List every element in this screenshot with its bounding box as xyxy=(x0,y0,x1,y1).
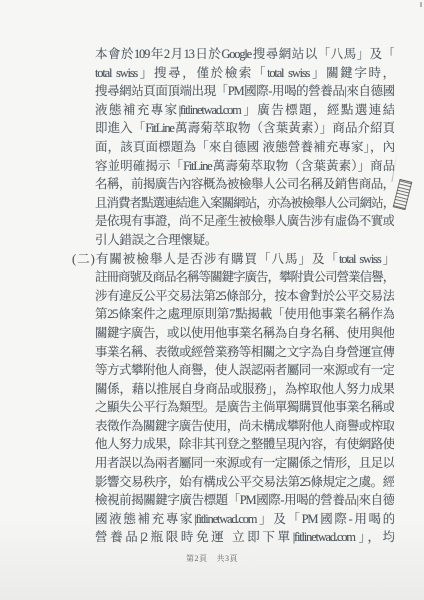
text-line: 事業名稱、表徵或經營業務等相關之文字為自身營運宣傳 xyxy=(95,343,394,362)
text-line: 面，該頁面標題為「來自德國 液態營養補充專家」，內 xyxy=(95,138,394,157)
text-line: 表徵作為關鍵字廣告使用，尚未構成攀附他人商譽或榨取 xyxy=(95,417,394,436)
text-line: 影響交易秩序，始有構成公平交易法第25條規定之虞。經 xyxy=(95,473,394,492)
text-line-section-2: (二)有關被檢舉人是否涉有購買「八馬」及「total swiss」 xyxy=(72,250,394,269)
text-line: 註冊商號及商品名稱等關鍵字廣告，攀附貴公司營業信譽， xyxy=(95,268,394,287)
text-line: 引人錯誤之合理懷疑。 xyxy=(95,231,394,250)
text-line: 之顯失公平行為類型。是廣告主倘單獨購買他事業名稱或 xyxy=(95,398,394,417)
page-number: 第2頁 xyxy=(186,554,208,563)
text-line: 等方式攀附他人商譽，使人誤認兩者屬同一來源或有一定 xyxy=(95,361,394,380)
text-line: total swiss」搜尋，僅於檢索「total swiss」關鍵字時， xyxy=(95,64,394,83)
text-line: 本會於109年2月13日於Google搜尋網站以「八馬」及「 xyxy=(95,45,394,64)
page-total: 共3頁 xyxy=(217,554,239,563)
text-line: 檢視前揭關鍵字廣告標題「PM國際-用喝的營養品|來自德 xyxy=(95,491,394,510)
text-line: 涉有違反公平交易法第25條部分，按本會對於公平交易法 xyxy=(95,287,394,306)
text-line: 用者誤以為兩者屬同一來源或有一定關係之情形，且足以 xyxy=(95,454,394,473)
text-line: 是依現有事證，尚不足產生被檢舉人廣告涉有虛偽不實或 xyxy=(95,212,394,231)
scan-speck xyxy=(391,384,393,388)
text-line: 國液態補充專家|fitlinetwad.com」及「PM國際-用喝的 xyxy=(95,510,394,529)
text-line: 名稱，前揭廣告內容概為被檢舉人公司名稱及銷售商品， xyxy=(95,175,394,194)
text-line: 關鍵字廣告，或以使用他事業名稱為自身名稱、使用與他 xyxy=(95,324,394,343)
text-line: 容並明確揭示「FitLine萬壽菊萃取物（含葉黃素）」商品 xyxy=(95,157,394,176)
scanned-document-page: 本會於109年2月13日於Google搜尋網站以「八馬」及「 total swi… xyxy=(0,0,424,600)
text-line: 即進入「FitLine萬壽菊萃取物（含葉黃素）」商品介紹頁 xyxy=(95,119,394,138)
document-body: 本會於109年2月13日於Google搜尋網站以「八馬」及「 total swi… xyxy=(0,45,424,547)
text-line: 他人努力成果，除非其刊登之整體呈現內容，有使網路使 xyxy=(95,435,394,454)
scan-speck xyxy=(420,2,422,7)
text-line: 且消費者點選連結進入案關網站，亦為被檢舉人公司網站， xyxy=(95,194,394,213)
page-footer: 第2頁共3頁 xyxy=(0,553,424,564)
scan-speck xyxy=(392,402,394,405)
text-line: 關係，藉以推展自身商品或服務」，為榨取他人努力成果 xyxy=(95,380,394,399)
text-line: 營養品|2瓶限時免運 立即下單|fitlinetwad.com」，均 xyxy=(95,528,394,547)
text-line: 搜尋網站頁面頂端出現「PM國際-用喝的營養品|來自德國 xyxy=(95,82,394,101)
text-line: 第25條案件之處理原則第7點揭載「使用他事業名稱作為 xyxy=(95,305,394,324)
text-line: 液態補充專家|fitlinetwad.com」廣告標題，經點選連結 xyxy=(95,101,394,120)
